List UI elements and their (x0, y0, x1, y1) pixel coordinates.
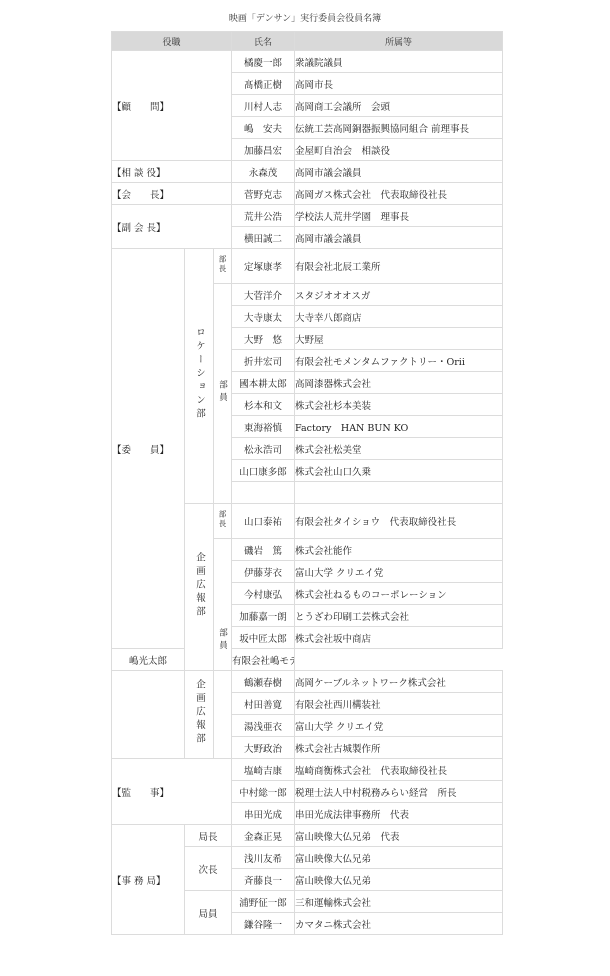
member-name: 伊藤芽衣 (232, 561, 295, 583)
member-name: 折井宏司 (232, 350, 295, 372)
member-affiliation: 高岡市議会議員 (295, 161, 503, 183)
member-affiliation: 大寺幸八郎商店 (295, 306, 503, 328)
role-committee: 【委 員】 (112, 249, 185, 649)
member-affiliation: 高岡漆器株式会社 (295, 372, 503, 394)
member-name: 川村人志 (232, 95, 295, 117)
document-title: 映画「デンサン」実行委員会役員名簿 (0, 11, 610, 24)
member-name: 磯岩 篤 (232, 539, 295, 561)
role-advisors: 【顧 問】 (112, 51, 232, 161)
member-affiliation: 高岡市長 (295, 73, 503, 95)
member-affiliation: 富山映像大仏兄弟 (295, 847, 503, 869)
member-affiliation: 有限会社嶋モデリング (232, 649, 295, 671)
member-affiliation (295, 482, 503, 504)
dept-planning-continued: 企画広報部 (185, 671, 214, 759)
member-name: 塩崎吉康 (232, 759, 295, 781)
member-name: 加藤嘉一朗 (232, 605, 295, 627)
member-name: 村田善寛 (232, 693, 295, 715)
role-chair: 【会 長】 (112, 183, 232, 205)
member-name: 髙橋正樹 (232, 73, 295, 95)
dept-planning-label: 企画広報部 (192, 679, 206, 747)
member-name: 鶴瀬春樹 (232, 671, 295, 693)
member-name: 菅野克志 (232, 183, 295, 205)
member-name: 湯浅亜衣 (232, 715, 295, 737)
member-affiliation: 高岡市議会議員 (295, 227, 503, 249)
member-name (232, 482, 295, 504)
member-name: 中村総一郎 (232, 781, 295, 803)
sub-role-members: 部員 (214, 284, 232, 504)
table-row: 企画広報部 鶴瀬春樹 高岡ケーブルネットワーク株式会社 (112, 671, 503, 693)
member-affiliation: Factory HAN BUN KO (295, 416, 503, 438)
member-affiliation: 富山大学 クリエイ党 (295, 715, 503, 737)
member-name: 山口康多郎 (232, 460, 295, 482)
table-row: 【会 長】 菅野克志 高岡ガス株式会社 代表取締役社長 (112, 183, 503, 205)
member-affiliation: スタジオオオスガ (295, 284, 503, 306)
sub-role-head: 部長 (214, 249, 232, 284)
member-affiliation: 金屋町自治会 相談役 (295, 139, 503, 161)
dept-location: ロケーション部 (185, 249, 214, 504)
member-name: 坂中匠太郎 (232, 627, 295, 649)
member-affiliation: 株式会社松美堂 (295, 438, 503, 460)
role-counselor: 【相 談 役】 (112, 161, 232, 183)
header-affiliation: 所属等 (295, 32, 503, 51)
member-name: 大野政治 (232, 737, 295, 759)
member-affiliation: 富山大学 クリエイ党 (295, 561, 503, 583)
member-name: 大菅洋介 (232, 284, 295, 306)
member-name: 東海裕慎 (232, 416, 295, 438)
member-affiliation: 富山映像大仏兄弟 (295, 869, 503, 891)
member-affiliation: 高岡ケーブルネットワーク株式会社 (295, 671, 503, 693)
member-affiliation: 衆議院議員 (295, 51, 503, 73)
dept-planning-label: 企画広報部 (192, 552, 206, 620)
member-affiliation: 株式会社杉本美装 (295, 394, 503, 416)
table-row: 【事 務 局】 局長 金森正晃 富山映像大仏兄弟 代表 (112, 825, 503, 847)
member-name: 大寺康太 (232, 306, 295, 328)
member-name: 浦野征一郎 (232, 891, 295, 913)
member-affiliation: 三和運輸株式会社 (295, 891, 503, 913)
member-affiliation: 串田光成法律事務所 代表 (295, 803, 503, 825)
member-name: 永森茂 (232, 161, 295, 183)
member-affiliation: 高岡ガス株式会社 代表取締役社長 (295, 183, 503, 205)
sub-role-director: 局長 (185, 825, 232, 847)
member-name: 橘慶一郎 (232, 51, 295, 73)
role-committee-continued (112, 671, 185, 759)
header-name: 氏名 (232, 32, 295, 51)
sub-role-staff: 局員 (185, 891, 232, 935)
member-affiliation: 塩崎商衡株式会社 代表取締役社長 (295, 759, 503, 781)
member-name: 鎌谷隆一 (232, 913, 295, 935)
member-affiliation: 有限会社北辰工業所 (295, 249, 503, 284)
sub-role-head: 部長 (214, 504, 232, 539)
table-header-row: 役職 氏名 所属等 (112, 32, 503, 51)
member-affiliation: 高岡商工会議所 会頭 (295, 95, 503, 117)
member-name: 金森正晃 (232, 825, 295, 847)
member-affiliation: 株式会社能作 (295, 539, 503, 561)
member-name: 串田光成 (232, 803, 295, 825)
member-name: 嶋 安夫 (232, 117, 295, 139)
member-affiliation: 学校法人荒井学園 理事長 (295, 205, 503, 227)
member-affiliation: 株式会社古城製作所 (295, 737, 503, 759)
table-row: 【委 員】 ロケーション部 部長 定塚康孝 有限会社北辰工業所 (112, 249, 503, 284)
role-vice-chair: 【副 会 長】 (112, 205, 232, 249)
member-affiliation: 富山映像大仏兄弟 代表 (295, 825, 503, 847)
member-name: 定塚康孝 (232, 249, 295, 284)
sub-role-members: 部員 (214, 539, 232, 671)
member-name: 浅川友希 (232, 847, 295, 869)
member-affiliation: カマタニ株式会社 (295, 913, 503, 935)
member-affiliation: 税理士法人中村税務みらい経営 所長 (295, 781, 503, 803)
member-name: 大野 悠 (232, 328, 295, 350)
member-name: 松永浩司 (232, 438, 295, 460)
member-name: 國本耕太郎 (232, 372, 295, 394)
member-name: 加藤昌宏 (232, 139, 295, 161)
member-affiliation: 有限会社西川構装社 (295, 693, 503, 715)
member-name: 杉本和文 (232, 394, 295, 416)
member-affiliation: 株式会社山口久乗 (295, 460, 503, 482)
member-affiliation: 伝統工芸高岡銅器振興協同組合 前理事長 (295, 117, 503, 139)
table-row: 嶋光太郎 有限会社嶋モデリング (112, 649, 503, 671)
member-name: 荒井公浩 (232, 205, 295, 227)
member-affiliation: 大野屋 (295, 328, 503, 350)
officer-roster-table: 役職 氏名 所属等 【顧 問】 橘慶一郎 衆議院議員 髙橋正樹 高岡市長 川村人… (111, 31, 503, 935)
member-affiliation: 株式会社ねるものコーポレーション (295, 583, 503, 605)
member-name: 今村康弘 (232, 583, 295, 605)
member-affiliation: 有限会社タイショウ 代表取締役社長 (295, 504, 503, 539)
member-name: 横田誠二 (232, 227, 295, 249)
table-row: 【監 事】 塩崎吉康 塩崎商衡株式会社 代表取締役社長 (112, 759, 503, 781)
dept-location-label: ロケーション部 (192, 327, 206, 422)
dept-planning: 企画広報部 (185, 504, 214, 671)
member-affiliation: 有限会社モメンタムファクトリー・Orii (295, 350, 503, 372)
role-auditors: 【監 事】 (112, 759, 232, 825)
table-row: 【顧 問】 橘慶一郎 衆議院議員 (112, 51, 503, 73)
role-secretariat: 【事 務 局】 (112, 825, 185, 935)
table-row: 【副 会 長】 荒井公浩 学校法人荒井学園 理事長 (112, 205, 503, 227)
sub-role-deputy: 次長 (185, 847, 232, 891)
sub-role-members-continued (214, 671, 232, 759)
table-row: 【相 談 役】 永森茂 高岡市議会議員 (112, 161, 503, 183)
member-name: 嶋光太郎 (112, 649, 185, 671)
member-name: 斉藤良一 (232, 869, 295, 891)
header-role: 役職 (112, 32, 232, 51)
member-affiliation: 株式会社坂中商店 (295, 627, 503, 649)
member-name: 山口泰祐 (232, 504, 295, 539)
member-affiliation: とうざわ印刷工芸株式会社 (295, 605, 503, 627)
